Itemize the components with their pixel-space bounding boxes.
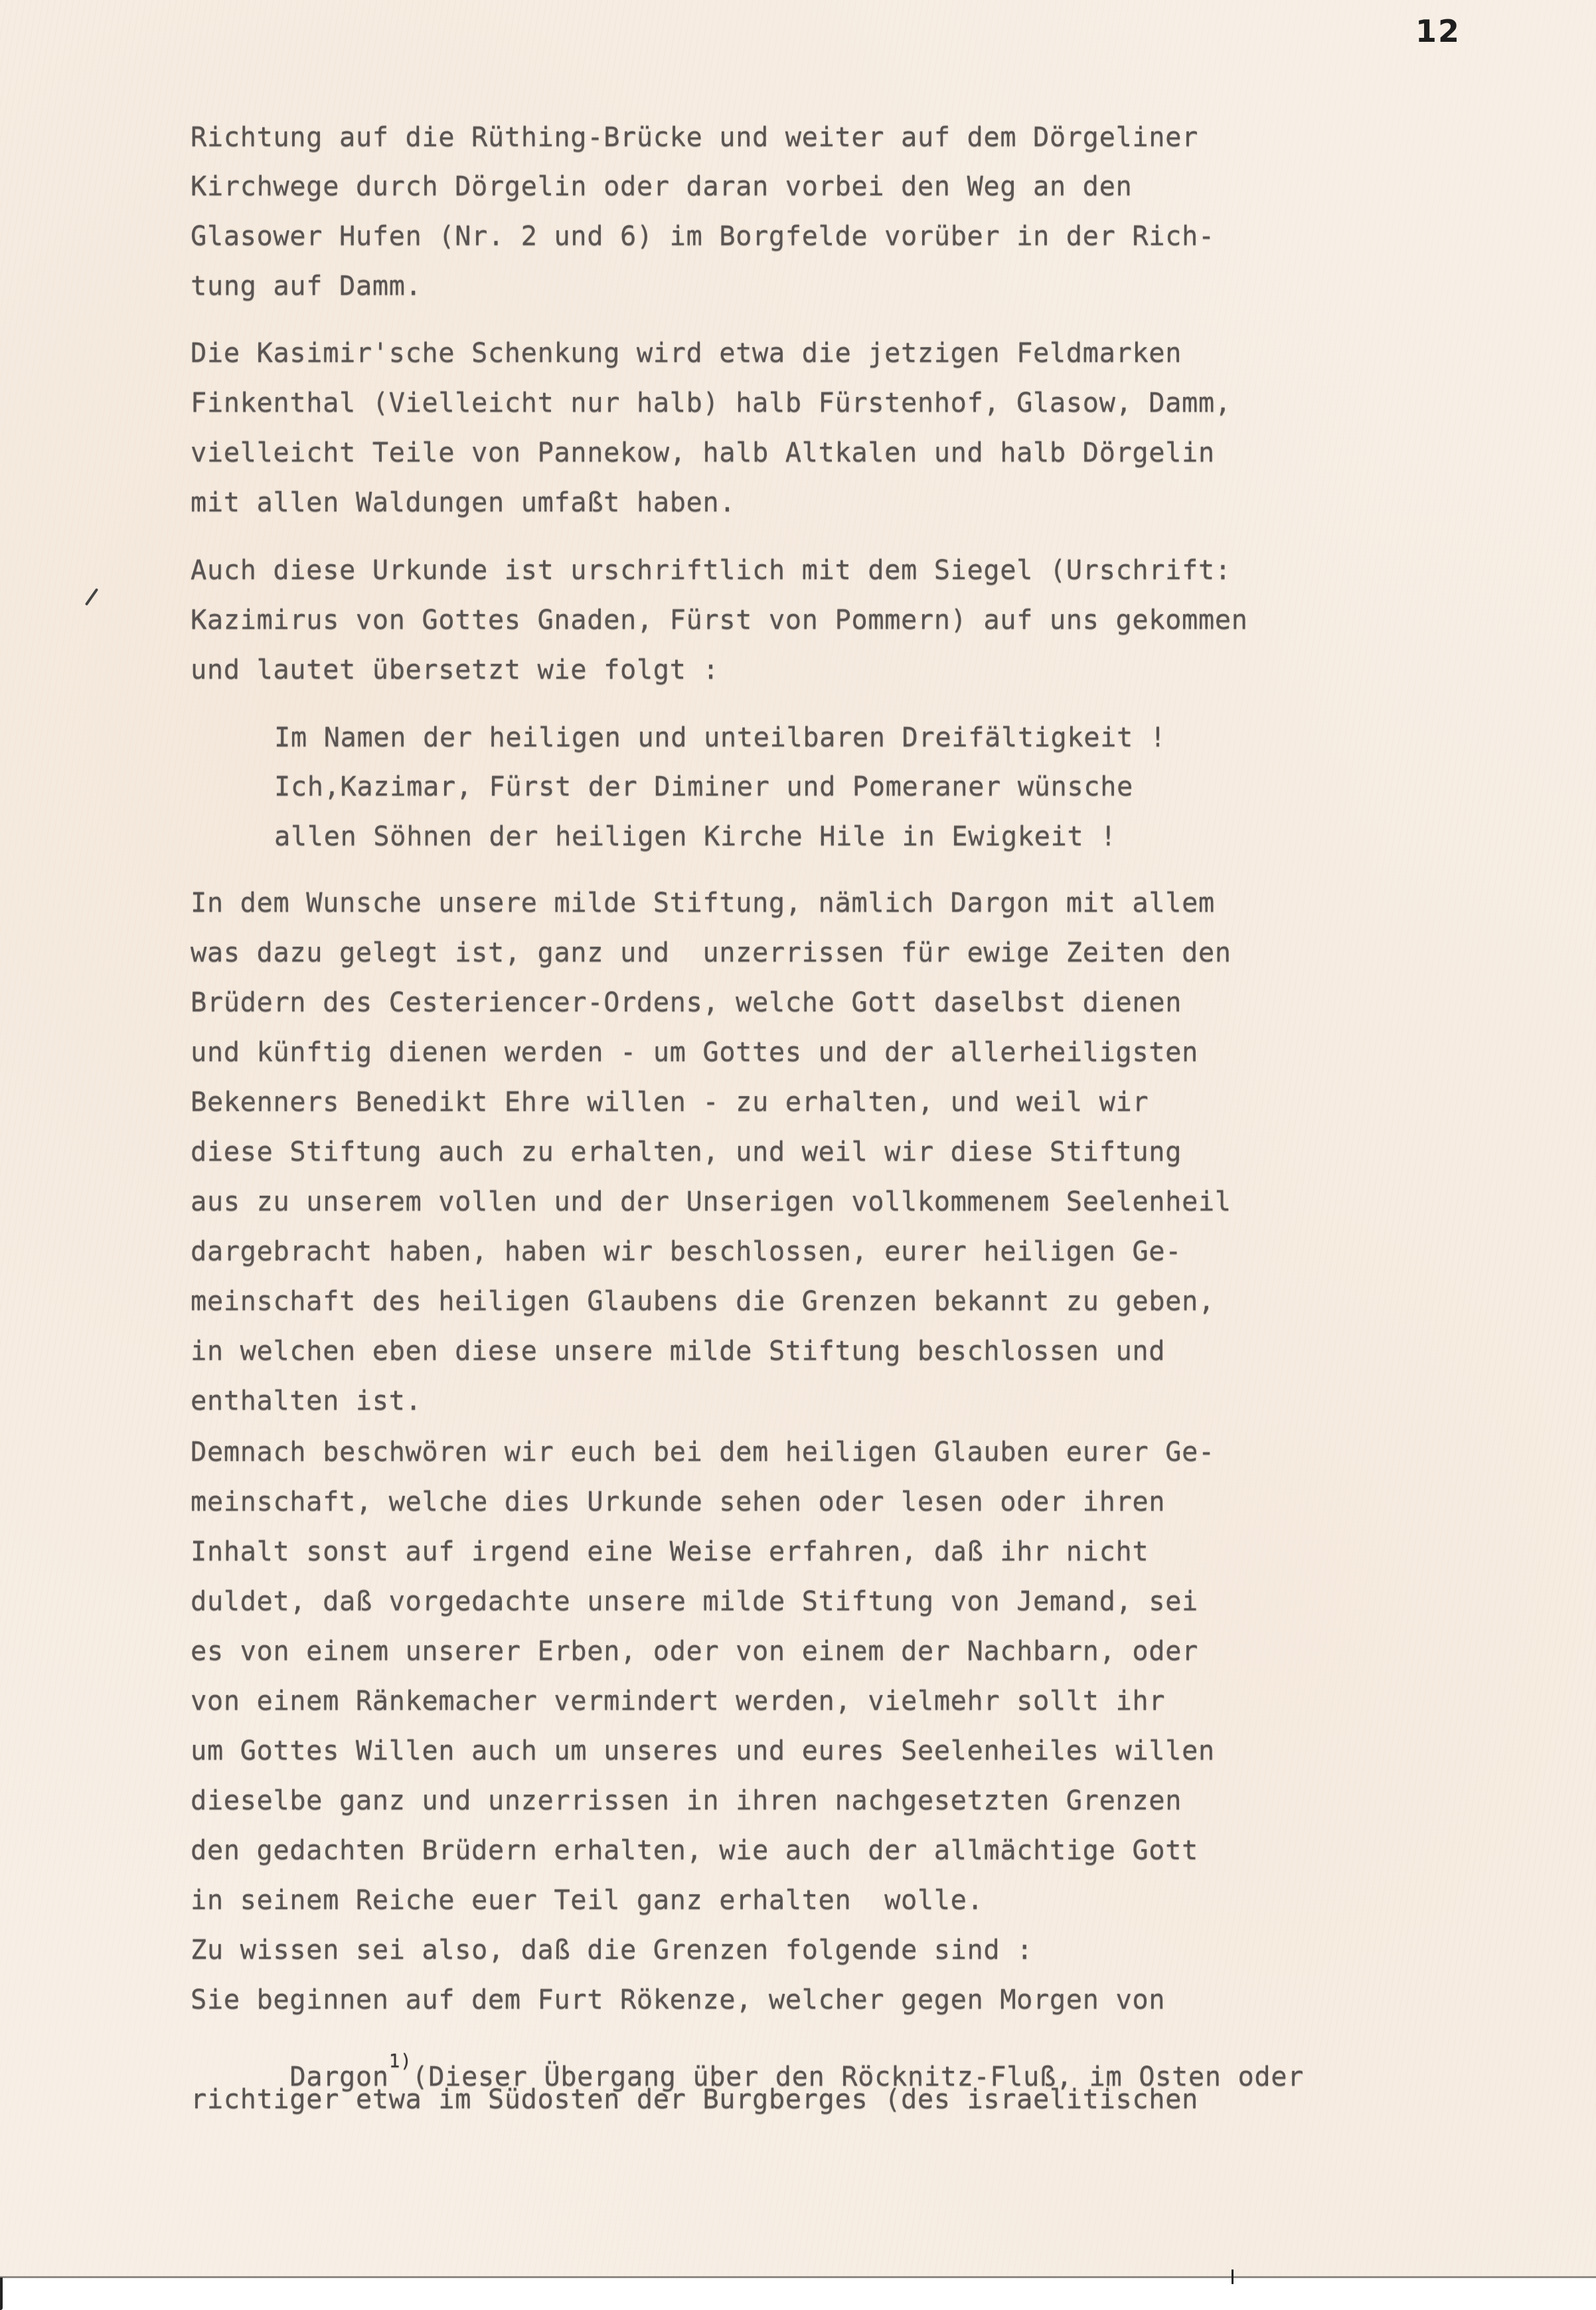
text-line: Richtung auf die Rüthing-Brücke und weit… bbox=[191, 124, 1198, 151]
text-line: Im Namen der heiligen und unteilbaren Dr… bbox=[274, 724, 1166, 751]
text-line: Finkenthal (Vielleicht nur halb) halb Fü… bbox=[191, 389, 1232, 416]
text-line: was dazu gelegt ist, ganz und unzerrisse… bbox=[191, 939, 1232, 966]
text-line: und künftig dienen werden - um Gottes un… bbox=[191, 1038, 1198, 1066]
text-line: vielleicht Teile von Pannekow, halb Altk… bbox=[191, 439, 1215, 466]
text-line: richtiger etwa im Südosten der Burgberge… bbox=[191, 2086, 1198, 2113]
text-line: Auch diese Urkunde ist urschriftlich mit… bbox=[191, 556, 1232, 584]
text-line: mit allen Waldungen umfaßt haben. bbox=[191, 489, 736, 516]
text-line: Glasower Hufen (Nr. 2 und 6) im Borgfeld… bbox=[191, 222, 1215, 250]
text-line: Sie beginnen auf dem Furt Rökenze, welch… bbox=[191, 1986, 1165, 2013]
text-line: Kirchwege durch Dörgelin oder daran vorb… bbox=[191, 173, 1132, 200]
text-line: tung auf Damm. bbox=[191, 272, 422, 299]
text-line: In dem Wunsche unsere milde Stiftung, nä… bbox=[191, 889, 1215, 916]
text-line: meinschaft, welche dies Urkunde sehen od… bbox=[191, 1488, 1165, 1515]
text-line: meinschaft des heiligen Glaubens die Gre… bbox=[191, 1287, 1215, 1315]
text-line: von einem Ränkemacher vermindert werden,… bbox=[191, 1687, 1165, 1714]
footnote-marker: 1) bbox=[389, 2050, 412, 2072]
text-line: diese Stiftung auch zu erhalten, und wei… bbox=[191, 1138, 1182, 1165]
text-line: Brüdern des Cesteriencer-Ordens, welche … bbox=[191, 989, 1182, 1016]
text-line: enthalten ist. bbox=[191, 1387, 422, 1414]
text-line: Inhalt sonst auf irgend eine Weise erfah… bbox=[191, 1538, 1149, 1565]
text-line: den gedachten Brüdern erhalten, wie auch… bbox=[191, 1837, 1198, 1864]
text-line: um Gottes Willen auch um unseres und eur… bbox=[191, 1737, 1215, 1764]
paper-edge-mark bbox=[1232, 2269, 1234, 2284]
text-line: in welchen eben diese unsere milde Stift… bbox=[191, 1337, 1165, 1364]
text-line: dargebracht haben, haben wir beschlossen… bbox=[191, 1238, 1182, 1265]
text-line: in seinem Reiche euer Teil ganz erhalten… bbox=[191, 1886, 983, 1914]
text-line: Ich,Kazimar, Fürst der Diminer und Pomer… bbox=[274, 773, 1133, 800]
text-line: und lautet übersetzt wie folgt : bbox=[191, 656, 719, 683]
text-line: duldet, daß vorgedachte unsere milde Sti… bbox=[191, 1588, 1198, 1615]
text-line: Bekenners Benedikt Ehre willen - zu erha… bbox=[191, 1088, 1149, 1115]
scan-edge-mark bbox=[0, 2277, 3, 2310]
text-line: dieselbe ganz und unzerrissen in ihren n… bbox=[191, 1787, 1182, 1814]
text-line: Zu wissen sei also, daß die Grenzen folg… bbox=[191, 1936, 1033, 1963]
text-line: allen Söhnen der heiligen Kirche Hile in… bbox=[274, 823, 1117, 850]
text-line: es von einem unserer Erben, oder von ein… bbox=[191, 1637, 1198, 1665]
text-line: Kazimirus von Gottes Gnaden, Fürst von P… bbox=[191, 606, 1248, 633]
text-line: Demnach beschwören wir euch bei dem heil… bbox=[191, 1438, 1215, 1465]
text-line: Die Kasimir'sche Schenkung wird etwa die… bbox=[191, 339, 1182, 367]
page-number: 12 bbox=[1415, 13, 1461, 49]
text-line: aus zu unserem vollen und der Unserigen … bbox=[191, 1188, 1232, 1215]
